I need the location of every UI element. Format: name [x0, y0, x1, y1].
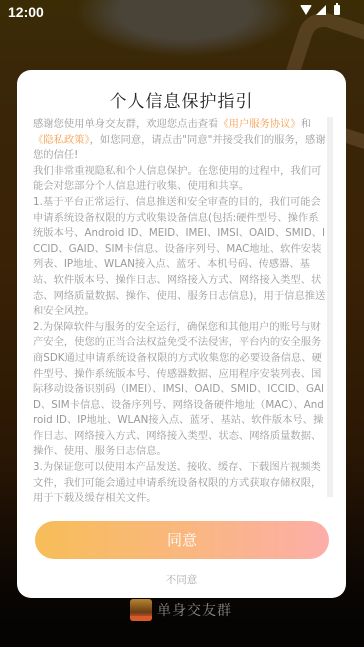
dialog-title: 个人信息保护指引: [17, 87, 346, 112]
agree-button[interactable]: 同意: [35, 521, 329, 559]
wifi-icon: [300, 5, 312, 15]
privacy-content: 感谢您使用单身交友群，欢迎您点击查看《用户服务协议》和《隐私政策》，如您同意，请…: [33, 117, 327, 507]
status-icons: [300, 5, 340, 15]
intro-paragraph: 感谢您使用单身交友群，欢迎您点击查看《用户服务协议》和《隐私政策》，如您同意，请…: [33, 117, 327, 164]
paragraph-overview: 我们非常重视隐私和个人信息保护。在您使用的过程中，我们可能会对您部分个人信息进行…: [33, 164, 327, 195]
app-logo-icon: [130, 599, 152, 621]
app-name: 单身交友群: [157, 600, 232, 620]
battery-icon: [334, 5, 340, 15]
status-time: 12:00: [8, 4, 44, 20]
paragraph-2: 2.为保障软件与服务的安全运行，确保您和其他用户的账号与财产安全，使您的正当合法…: [33, 320, 327, 460]
paragraph-1: 1.基于平台正常运行、信息推送和安全审查的目的，我们可能会申请系统设备权限的方式…: [33, 195, 327, 320]
scrollbar-track[interactable]: [327, 117, 333, 497]
privacy-policy-link[interactable]: 《隐私政策》: [33, 134, 90, 146]
intro-text: 感谢您使用单身交友群，欢迎您点击查看: [33, 118, 218, 130]
status-bar: 12:00: [0, 0, 364, 24]
signal-icon: [316, 5, 326, 15]
paragraph-3: 3.为保证您可以使用本产品发送、接收、缓存、下载图片视频类文件，我们可能会通过申…: [33, 460, 327, 507]
privacy-content-scroll[interactable]: 感谢您使用单身交友群，欢迎您点击查看《用户服务协议》和《隐私政策》，如您同意，请…: [33, 117, 333, 507]
user-agreement-link[interactable]: 《用户服务协议》: [218, 118, 300, 130]
disagree-button[interactable]: 不同意: [17, 572, 346, 587]
intro-and-text: 和: [301, 118, 311, 130]
app-brand: 单身交友群: [130, 599, 232, 621]
privacy-dialog: 个人信息保护指引 感谢您使用单身交友群，欢迎您点击查看《用户服务协议》和《隐私政…: [17, 70, 346, 598]
